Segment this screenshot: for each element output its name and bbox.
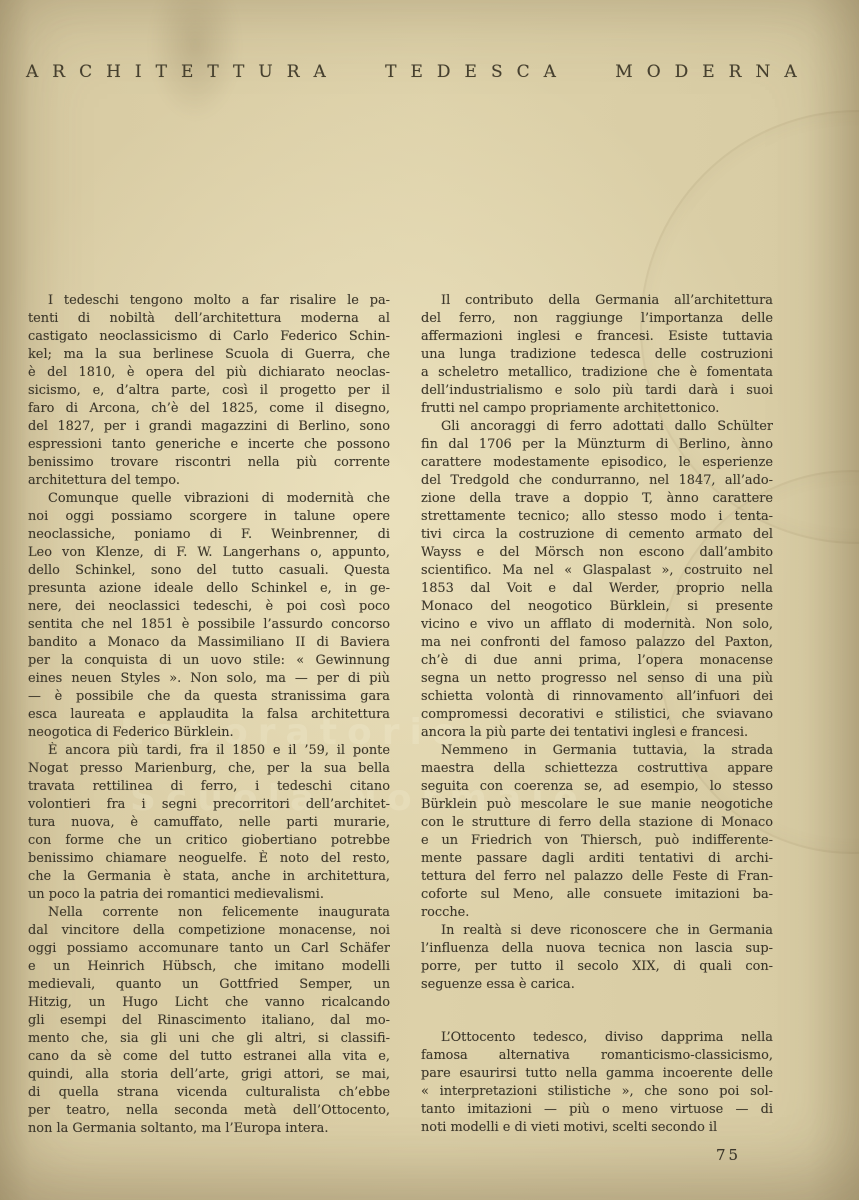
text-line: dal vincitore della competizione monacen… (28, 922, 390, 940)
text-line: scientifico. Ma nel « Glaspalast », cost… (421, 562, 773, 580)
text-line: neogotica di Federico Bürklein. (28, 724, 390, 742)
text-line: del ferro, non raggiunge l’importanza de… (421, 310, 773, 328)
text-column-left: I tedeschi tengono molto a far risalire … (28, 292, 390, 1138)
text-line: tanto imitazioni — più o meno virtuose —… (421, 1101, 773, 1119)
text-line: con le strutture di ferro della stazione… (421, 814, 773, 832)
text-line: Gli ancoraggi di ferro adottati dallo Sc… (421, 418, 773, 436)
text-column-right: Il contributo della Germania all’archite… (421, 292, 773, 1137)
text-line: Monaco del neogotico Bürklein, si presen… (421, 598, 773, 616)
text-line: espressioni tanto generiche e incerte ch… (28, 436, 390, 454)
text-line: coforte sul Meno, alle consuete imitazio… (421, 886, 773, 904)
text-line: quindi, alla storia dell’arte, grigi att… (28, 1066, 390, 1084)
paragraph: Comunque quelle vibrazioni di modernità … (28, 490, 390, 742)
text-line: castigato neoclassicismo di Carlo Federi… (28, 328, 390, 346)
text-line: Comunque quelle vibrazioni di modernità … (28, 490, 390, 508)
text-line: neoclassiche, poniamo di F. Weinbrenner,… (28, 526, 390, 544)
text-line: sicismo, e, d’altra parte, così il proge… (28, 382, 390, 400)
text-line: tivi circa la costruzione di cemento arm… (421, 526, 773, 544)
text-line: Leo von Klenze, di F. W. Langerhans o, a… (28, 544, 390, 562)
text-line: nere, dei neoclassici tedeschi, è poi co… (28, 598, 390, 616)
text-line: di quella strana vicenda culturalista ch… (28, 1084, 390, 1102)
text-line: a scheletro metallico, tradizione che è … (421, 364, 773, 382)
text-line: Nemmeno in Germania tuttavia, la strada (421, 742, 773, 760)
paragraph: I tedeschi tengono molto a far risalire … (28, 292, 390, 490)
text-line: che la Germania è stata, anche in archit… (28, 868, 390, 886)
text-line: esca laureata e applaudita la falsa arch… (28, 706, 390, 724)
text-line: kel; ma la sua berlinese Scuola di Guerr… (28, 346, 390, 364)
text-line: medievali, quanto un Gottfried Semper, u… (28, 976, 390, 994)
text-line: fin dal 1706 per la Münzturm di Berlino,… (421, 436, 773, 454)
page-number: 75 (716, 1146, 741, 1164)
text-line: mente passare dagli arditi tentativi di … (421, 850, 773, 868)
text-line: presunta azione ideale dello Schinkel e,… (28, 580, 390, 598)
text-line: famosa alternativa romanticismo-classici… (421, 1047, 773, 1065)
text-line: architettura del tempo. (28, 472, 390, 490)
text-line: vicino e vivo un afflato di modernità. N… (421, 616, 773, 634)
text-line: oggi possiamo accomunare tanto un Carl S… (28, 940, 390, 958)
text-line: benissimo trovare riscontri nella più co… (28, 454, 390, 472)
text-line: noti modelli e di vieti motivi, scelti s… (421, 1119, 773, 1137)
text-line: volontieri fra i segni precorritori dell… (28, 796, 390, 814)
text-line: Il contributo della Germania all’archite… (421, 292, 773, 310)
paragraph: In realtà si deve riconoscere che in Ger… (421, 922, 773, 994)
paragraph: È ancora più tardi, fra il 1850 e il ’59… (28, 742, 390, 904)
text-line: con forme che un critico giobertiano pot… (28, 832, 390, 850)
text-line: « interpretazioni stilistiche », che son… (421, 1083, 773, 1101)
text-line: affermazioni inglesi e francesi. Esiste … (421, 328, 773, 346)
text-line: eines neuen Styles ». Non solo, ma — per… (28, 670, 390, 688)
text-line: Hitzig, un Hugo Licht che vanno ricalcan… (28, 994, 390, 1012)
text-line: del 1827, per i grandi magazzini di Berl… (28, 418, 390, 436)
text-line: del Tredgold che condurranno, nel 1847, … (421, 472, 773, 490)
text-line: carattere modestamente episodico, le esp… (421, 454, 773, 472)
text-line: tura nuova, è camuffato, nelle parti mur… (28, 814, 390, 832)
text-line: porre, per tutto il secolo XIX, di quali… (421, 958, 773, 976)
text-line: dell’industrialismo e solo più tardi dar… (421, 382, 773, 400)
paragraph: Nemmeno in Germania tuttavia, la stradam… (421, 742, 773, 922)
text-line: frutti nel campo propriamente architetto… (421, 400, 773, 418)
text-line: per la conquista di un uovo stile: « Gew… (28, 652, 390, 670)
text-line: 1853 dal Voit e dal Werder, proprio nell… (421, 580, 773, 598)
text-line: segna un netto progresso nel senso di un… (421, 670, 773, 688)
text-line: maestra della schiettezza costruttiva ap… (421, 760, 773, 778)
text-line: benissimo chiamare neoguelfe. È noto del… (28, 850, 390, 868)
page-title: ARCHITETTURA TEDESCA MODERNA (26, 62, 811, 82)
text-line: travata rettilinea di ferro, i tedeschi … (28, 778, 390, 796)
text-line: bandito a Monaco da Massimiliano II di B… (28, 634, 390, 652)
text-line: dello Schinkel, sono del tutto casuali. … (28, 562, 390, 580)
text-line: Nogat presso Marienburg, che, per la sua… (28, 760, 390, 778)
text-line: tenti di nobiltà dell’architettura moder… (28, 310, 390, 328)
text-line: ancora la più parte dei tentativi ingles… (421, 724, 773, 742)
text-line: seguita con coerenza se, ad esempio, lo … (421, 778, 773, 796)
text-line: seguenze essa è carica. (421, 976, 773, 994)
text-line: e un Friedrich von Thiersch, può indiffe… (421, 832, 773, 850)
text-line: tettura del ferro nel palazzo delle Fest… (421, 868, 773, 886)
text-line: L’Ottocento tedesco, diviso dapprima nel… (421, 1029, 773, 1047)
text-line: Bürklein può mescolare le sue manie neog… (421, 796, 773, 814)
text-line: Wayss e del Mörsch non escono dall’ambit… (421, 544, 773, 562)
text-line: ch’è di due anni prima, l’opera monacens… (421, 652, 773, 670)
text-line: strettamente tecnico; allo stesso modo i… (421, 508, 773, 526)
text-line: e un Heinrich Hübsch, che imitano modell… (28, 958, 390, 976)
text-line: In realtà si deve riconoscere che in Ger… (421, 922, 773, 940)
paragraph: Gli ancoraggi di ferro adottati dallo Sc… (421, 418, 773, 742)
text-line: è del 1810, è opera del più dichiarato n… (28, 364, 390, 382)
paragraph: Nella corrente non felicemente inaugurat… (28, 904, 390, 1138)
paragraph: Il contributo della Germania all’archite… (421, 292, 773, 418)
text-line: compromessi decorativi e stilistici, che… (421, 706, 773, 724)
text-line: un poco la patria dei romantici medieval… (28, 886, 390, 904)
text-line: cano da sè come del tutto estranei alla … (28, 1048, 390, 1066)
text-line: Nella corrente non felicemente inaugurat… (28, 904, 390, 922)
text-line: schietta volontà di rinnovamento all’inf… (421, 688, 773, 706)
text-line: ma nei confronti del famoso palazzo del … (421, 634, 773, 652)
text-line: mento che, sia gli uni che gli altri, si… (28, 1030, 390, 1048)
text-line: È ancora più tardi, fra il 1850 e il ’59… (28, 742, 390, 760)
text-line: una lunga tradizione tedesca delle costr… (421, 346, 773, 364)
text-line: zione della trave a doppio T, ànno carat… (421, 490, 773, 508)
text-line: faro di Arcona, ch’è del 1825, come il d… (28, 400, 390, 418)
text-line: noi oggi possiamo scorgere in talune ope… (28, 508, 390, 526)
text-line: gli esempi del Rinascimento italiano, da… (28, 1012, 390, 1030)
text-line: pare esaurirsi tutto nella gamma incoere… (421, 1065, 773, 1083)
text-line: I tedeschi tengono molto a far risalire … (28, 292, 390, 310)
text-line: non la Germania soltanto, ma l’Europa in… (28, 1120, 390, 1138)
paper-smudge (150, 0, 240, 120)
text-line: sentita che nel 1851 è possibile l’assur… (28, 616, 390, 634)
text-line: — è possibile che da questa stranissima … (28, 688, 390, 706)
paragraph: L’Ottocento tedesco, diviso dapprima nel… (421, 1029, 773, 1137)
text-line: rocche. (421, 904, 773, 922)
text-line: l’influenza della nuova tecnica non lasc… (421, 940, 773, 958)
book-page: Laboratorio Scuola Normale ARCHITETTURA … (0, 0, 859, 1200)
text-line: per teatro, nella seconda metà dell’Otto… (28, 1102, 390, 1120)
